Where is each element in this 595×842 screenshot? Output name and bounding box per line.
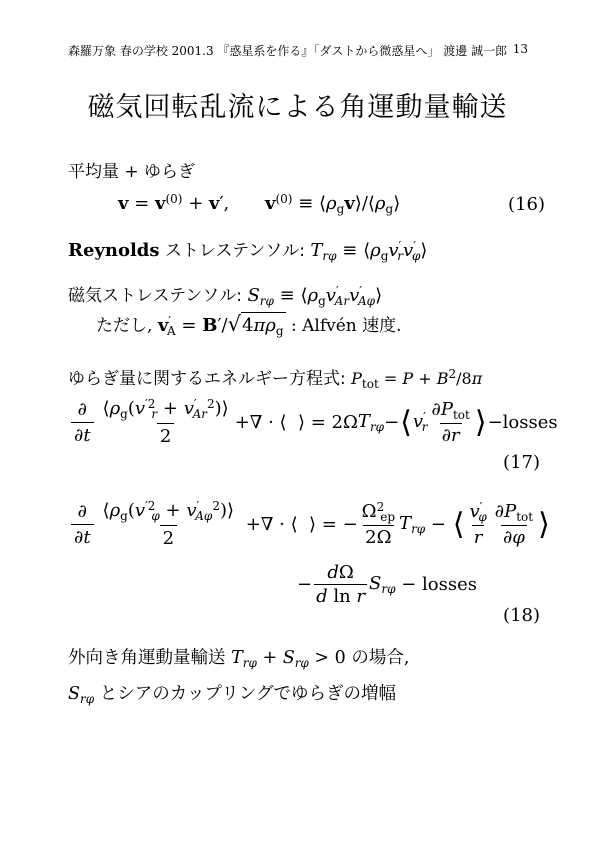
- math-run: ln: [328, 586, 357, 607]
- math-run: v: [209, 193, 219, 214]
- reynolds-word: Reynolds: [68, 240, 160, 261]
- math-run: ≡: [274, 285, 301, 306]
- math-run: 2Ω: [363, 525, 393, 548]
- math-run: ρ: [326, 193, 337, 214]
- page-title: 磁気回転乱流による角運動量輸送: [0, 85, 595, 124]
- right-angle-bracket: ⟩: [475, 409, 487, 436]
- math-run: ∂: [503, 527, 512, 548]
- math-run: Ar: [193, 407, 207, 421]
- math-run: S: [369, 573, 381, 594]
- ddt-fraction: ∂ ∂t: [71, 501, 94, 548]
- math-run: 2: [212, 499, 220, 513]
- math-run: φ: [151, 509, 159, 523]
- math-run: P: [402, 369, 413, 388]
- math-run: S: [68, 684, 80, 704]
- math-run: T: [231, 648, 243, 668]
- energy-jp-label: ゆらぎ量に関するエネルギー方程式:: [68, 369, 351, 389]
- equation-18-line1: ∂ ∂t ⟨ρg(v′2φ + v′Aφ2)⟩ 2 +∇ · ⟨ ⟩ = − Ω…: [68, 499, 551, 549]
- math-run: +: [182, 193, 209, 214]
- math-run: rφ: [80, 692, 94, 706]
- math-run: 2: [157, 423, 174, 447]
- math-run: rφ: [381, 582, 395, 596]
- epicyclic-fraction: Ω2ep 2Ω: [360, 500, 397, 548]
- math-run: (0): [165, 192, 182, 206]
- math-run: −: [384, 412, 399, 433]
- fraction-num: ⟨ρg(v′2r + v′Ar2)⟩: [100, 397, 232, 423]
- math-run: v: [118, 193, 128, 214]
- conclusion-line-1: 外向き角運動量輸送 Trφ + Srφ > 0 の場合,: [68, 643, 409, 679]
- math-run: ∂: [432, 399, 441, 420]
- page-header: 森羅万象 春の学校 2001.3 『惑星系を作る』「ダストから微惑星へ」 渡邊 …: [68, 42, 528, 59]
- math-run: =: [176, 315, 203, 336]
- math-run: π: [472, 369, 483, 388]
- math-run: +: [157, 398, 184, 419]
- math-run: (: [128, 398, 135, 419]
- math-run: 4: [242, 315, 253, 336]
- radical-sign: √: [228, 312, 241, 336]
- math-run: t: [83, 425, 90, 446]
- reynolds-jp-label: ストレステンソル:: [160, 241, 311, 261]
- left-angle-bracket: ⟨: [453, 511, 465, 538]
- vr-prime: v′r: [413, 410, 428, 434]
- math-run: ∂: [75, 501, 90, 524]
- math-run: φ: [478, 510, 486, 524]
- fraction-num: ∂Ptot: [493, 501, 535, 525]
- math-run: ⟩: [393, 193, 400, 214]
- kinetic-energy-fraction: ⟨ρg(v′2φ + v′Aφ2)⟩ 2: [100, 499, 237, 549]
- math-run: A: [167, 324, 176, 338]
- pressure-gradient-fraction: ∂Ptot ∂φ: [493, 501, 535, 548]
- math-run: Ω: [339, 562, 354, 583]
- math-run: T: [399, 513, 411, 534]
- math-run: ∂: [74, 527, 83, 548]
- math-run: +: [413, 369, 437, 388]
- math-run: =: [128, 193, 155, 214]
- math-run: )⟩: [215, 398, 229, 419]
- math-run: +∇ · ⟨ ⟩ = −: [240, 514, 358, 535]
- math-run: ρ: [265, 315, 276, 336]
- equation-17: ∂ ∂t ⟨ρg(v′2r + v′Ar2)⟩ 2 +∇ · ⟨ ⟩ = 2Ω …: [68, 397, 558, 447]
- math-run: ′,: [219, 193, 229, 214]
- math-run: P: [351, 369, 362, 388]
- math-run: +: [160, 500, 187, 521]
- math-run: r: [356, 586, 365, 607]
- math-run: tot: [453, 408, 470, 422]
- vphi-over-r-fraction: v′φ r: [467, 500, 488, 548]
- alfven-definition-line: ただし, v′A = B′/√4πρg : Alfvén 速度.: [96, 311, 402, 338]
- stress-T: Trφ: [399, 513, 425, 536]
- fraction-den: ∂t: [71, 524, 94, 548]
- math-run: v: [265, 193, 275, 214]
- math-run: g: [120, 407, 128, 421]
- fraction-den: d ln r: [314, 584, 367, 607]
- right-angle-bracket: ⟩: [538, 511, 550, 538]
- math-run: v: [344, 193, 354, 214]
- math-run: −: [297, 574, 312, 595]
- math-run: P: [504, 501, 516, 522]
- math-run: Ar: [335, 294, 349, 308]
- math-run: 2: [448, 367, 456, 381]
- math-run: − losses: [396, 574, 477, 595]
- math-run: 2: [160, 525, 177, 549]
- math-run: ≡: [337, 240, 364, 261]
- math-run: tot: [362, 377, 379, 391]
- math-run: v: [155, 193, 165, 214]
- math-run: rφ: [295, 656, 309, 670]
- math-run: g: [276, 324, 284, 338]
- fraction-num: Ω2ep: [360, 500, 397, 525]
- math-run: /8: [456, 369, 472, 388]
- math-run: 2: [207, 397, 215, 411]
- equation-number: (18): [503, 605, 540, 626]
- math-run: ⟨: [103, 500, 110, 521]
- math-run: ≡: [292, 193, 319, 214]
- fraction-num: ⟨ρg(v′2φ + v′Aφ2)⟩: [100, 499, 237, 525]
- math-run: Ω: [362, 501, 377, 522]
- math-run: ep: [380, 510, 395, 524]
- math-run: g: [120, 509, 128, 523]
- math-run: B: [202, 315, 217, 336]
- math-run: +: [257, 648, 283, 668]
- math-run: ∂: [75, 399, 90, 422]
- math-run: T: [358, 411, 370, 432]
- math-run: Aφ: [358, 294, 375, 308]
- kinetic-energy-fraction: ⟨ρg(v′2r + v′Ar2)⟩ 2: [100, 397, 232, 447]
- math-run: S: [283, 648, 295, 668]
- math-run: (0): [275, 192, 292, 206]
- math-run: Aφ: [195, 509, 212, 523]
- stress-T: Trφ: [358, 411, 384, 434]
- math-run: rφ: [411, 522, 425, 536]
- math-run: rφ: [370, 420, 384, 434]
- math-run: rφ: [243, 656, 257, 670]
- math-run: )⟩: [220, 500, 234, 521]
- equation-16: v = v(0) + v′, v(0) ≡ ⟨ρgv⟩/⟨ρg⟩ (16): [68, 192, 545, 226]
- math-run: rφ: [322, 249, 336, 263]
- math-run: ∂: [442, 425, 451, 446]
- fraction-den: ∂r: [440, 423, 462, 446]
- conclusion-line-2: Srφ とシアのカップリングでゆらぎの増幅: [68, 679, 409, 715]
- text-run: > 0 の場合,: [309, 648, 410, 668]
- magnetic-jp-label: 磁気ストレステンソル:: [68, 286, 247, 306]
- math-run: r: [472, 525, 485, 548]
- math-run: g: [318, 294, 326, 308]
- page-number: 13: [513, 42, 528, 59]
- fraction-num: dΩ: [325, 562, 355, 584]
- math-run: φ: [512, 527, 525, 548]
- math-run: ∂: [495, 501, 504, 522]
- text-run: とシアのカップリングでゆらぎの増幅: [94, 684, 396, 704]
- reynolds-stress-line: Reynolds ストレステンソル: Trφ ≡ ⟨ρgv′rv′φ⟩: [68, 236, 427, 263]
- fraction-den: ∂t: [71, 422, 94, 446]
- ddt-fraction: ∂ ∂t: [71, 399, 94, 446]
- magnetic-stress-line: 磁気ストレステンソル: Srφ ≡ ⟨ρgv′Arv′Aφ⟩: [68, 281, 382, 308]
- math-run: rφ: [260, 294, 274, 308]
- math-run: ρ: [110, 500, 121, 521]
- header-title: 森羅万象 春の学校 2001.3 『惑星系を作る』「ダストから微惑星へ」 渡邊 …: [68, 42, 507, 59]
- tadashi-label: ただし,: [96, 316, 158, 336]
- math-run: ρ: [307, 285, 318, 306]
- eq16-lhs: v = v(0) + v′,: [118, 193, 229, 214]
- fraction-num: ∂Ptot: [430, 399, 472, 423]
- math-run: T: [310, 240, 322, 261]
- math-run: −losses: [488, 412, 558, 433]
- math-run: v: [135, 398, 145, 419]
- math-run: t: [83, 527, 90, 548]
- alfven-speed-label: : Alfvén 速度.: [286, 316, 402, 336]
- math-run: r: [451, 425, 460, 446]
- text-run: 外向き角運動量輸送: [68, 648, 231, 668]
- math-run: ∂: [74, 425, 83, 446]
- math-run: P: [441, 399, 453, 420]
- math-run: d: [316, 586, 328, 607]
- fraction-den: ∂φ: [501, 525, 527, 548]
- math-run: ⟨: [103, 398, 110, 419]
- math-run: v: [135, 500, 145, 521]
- math-run: d: [327, 562, 339, 583]
- document-page: 森羅万象 春の学校 2001.3 『惑星系を作る』「ダストから微惑星へ」 渡邊 …: [0, 0, 595, 842]
- math-run: ρ: [110, 398, 121, 419]
- pressure-gradient-fraction: ∂Ptot ∂r: [430, 399, 472, 446]
- stress-S: Srφ: [369, 573, 395, 596]
- math-run: ρ: [375, 193, 386, 214]
- math-run: ρ: [370, 240, 381, 261]
- math-run: r: [422, 420, 428, 434]
- math-run: B: [437, 369, 449, 388]
- math-run: tot: [516, 510, 533, 524]
- math-run: =: [379, 369, 403, 388]
- math-run: (: [128, 500, 135, 521]
- eq16-rhs: v(0) ≡ ⟨ρgv⟩/⟨ρg⟩: [265, 193, 400, 214]
- math-run: π: [253, 315, 265, 336]
- fraction-num: v′φ: [467, 500, 488, 525]
- math-run: −: [425, 514, 452, 535]
- math-run: ⟩/⟨: [355, 193, 375, 214]
- energy-equation-heading: ゆらぎ量に関するエネルギー方程式: Ptot = P + B2/8π: [68, 364, 482, 391]
- math-run: ⟩: [375, 285, 382, 306]
- math-run: S: [247, 285, 259, 306]
- math-run: ⟩: [420, 240, 427, 261]
- equation-18-line2: − dΩ d ln r Srφ − losses: [297, 562, 477, 607]
- mean-plus-fluctuation-heading: 平均量 + ゆらぎ: [68, 157, 195, 182]
- equation-number: (17): [503, 452, 540, 473]
- equation-number: (16): [508, 194, 545, 215]
- math-run: ⟨: [319, 193, 326, 214]
- math-run: +∇ · ⟨ ⟩ = 2Ω: [235, 412, 358, 433]
- shear-fraction: dΩ d ln r: [314, 562, 367, 607]
- radicand: 4πρg: [241, 312, 286, 336]
- left-angle-bracket: ⟨: [400, 409, 412, 436]
- conclusion-paragraph: 外向き角運動量輸送 Trφ + Srφ > 0 の場合, Srφ とシアのカップ…: [68, 643, 409, 715]
